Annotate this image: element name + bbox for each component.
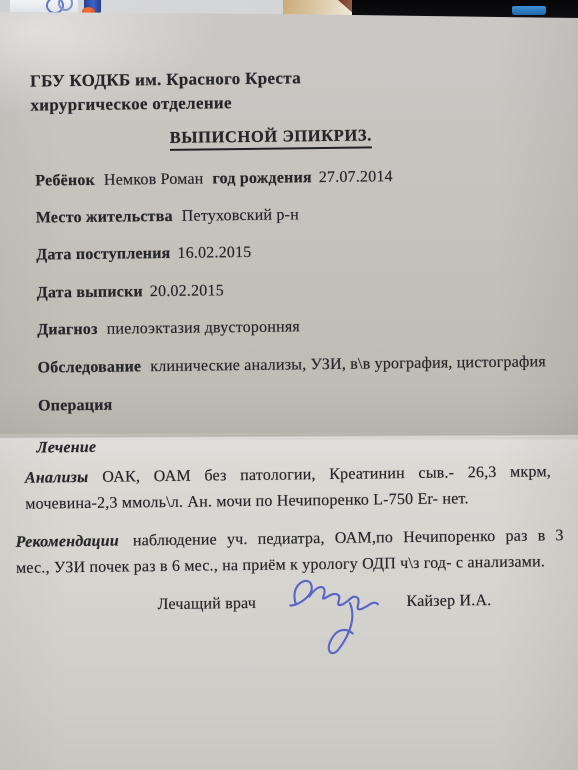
document-title: ВЫПИСНОЙ ЭПИКРИЗ. — [170, 125, 372, 150]
field-label: Лечение — [36, 439, 96, 457]
handwritten-signature — [278, 573, 399, 674]
org-name-line: ГБУ КОДКБ им. Красного Креста — [30, 67, 301, 91]
field-diagnosis: Диагнозпиелоэктазия двусторонняя — [37, 316, 300, 340]
field-value: Петуховский р-н — [182, 206, 299, 224]
field-treatment: Лечение — [36, 437, 105, 459]
doctor-name: Кайзер И.А. — [406, 590, 491, 612]
field-value: Немков Роман — [104, 170, 204, 188]
field-label: Место жительства — [36, 208, 173, 227]
signature-row: Лечащий врач Кайзер И.А. — [2, 589, 578, 596]
field-patient: РебёнокНемков Романгод рождения27.07.201… — [35, 166, 393, 191]
document-content: ГБУ КОДКБ им. Красного Креста хирургичес… — [0, 0, 578, 770]
field-admission-date: Дата поступления16.02.2015 — [36, 242, 251, 266]
field-label: Диагноз — [37, 321, 98, 339]
field-value: 20.02.2015 — [150, 282, 224, 300]
field-discharge-date: Дата выписки20.02.2015 — [37, 280, 224, 303]
field-label: Обследование — [38, 358, 142, 376]
title-row: ВЫПИСНОЙ ЭПИКРИЗ. — [0, 123, 545, 153]
field-value: пиелоэктазия двусторонняя — [107, 318, 300, 337]
field-value: 16.02.2015 — [177, 244, 251, 262]
analyses-line2: мочевина-2,3 ммоль\л. Ан. мочи по Нечипо… — [25, 485, 551, 517]
field-value: 27.07.2014 — [319, 168, 393, 186]
field-label: Операция — [38, 397, 113, 415]
org-department-line: хирургическое отделение — [30, 92, 232, 115]
photo-of-discharge-summary: ГБУ КОДКБ им. Красного Креста хирургичес… — [0, 0, 578, 770]
analyses-paragraph: Анализы ОАК, ОАМ без патологии, Креатини… — [25, 459, 552, 517]
attending-doctor-label: Лечащий врач — [157, 593, 256, 615]
field-label: Рекомендации — [16, 529, 119, 556]
field-examination: Обследованиеклинические анализы, УЗИ, в\… — [37, 351, 546, 378]
field-label: Дата выписки — [37, 283, 143, 301]
recommendations-paragraph: Рекомендации наблюдение уч. педиатра, ОА… — [16, 523, 565, 582]
field-residence: Место жительстваПетуховский р-н — [36, 204, 299, 228]
field-operation: Операция — [38, 395, 122, 417]
field-label: Анализы — [25, 465, 89, 492]
field-label: Ребёнок — [35, 172, 95, 190]
field-label: год рождения — [212, 169, 311, 187]
field-label: Дата поступления — [36, 245, 170, 264]
field-value: клинические анализы, УЗИ, в\в урография,… — [150, 353, 546, 375]
